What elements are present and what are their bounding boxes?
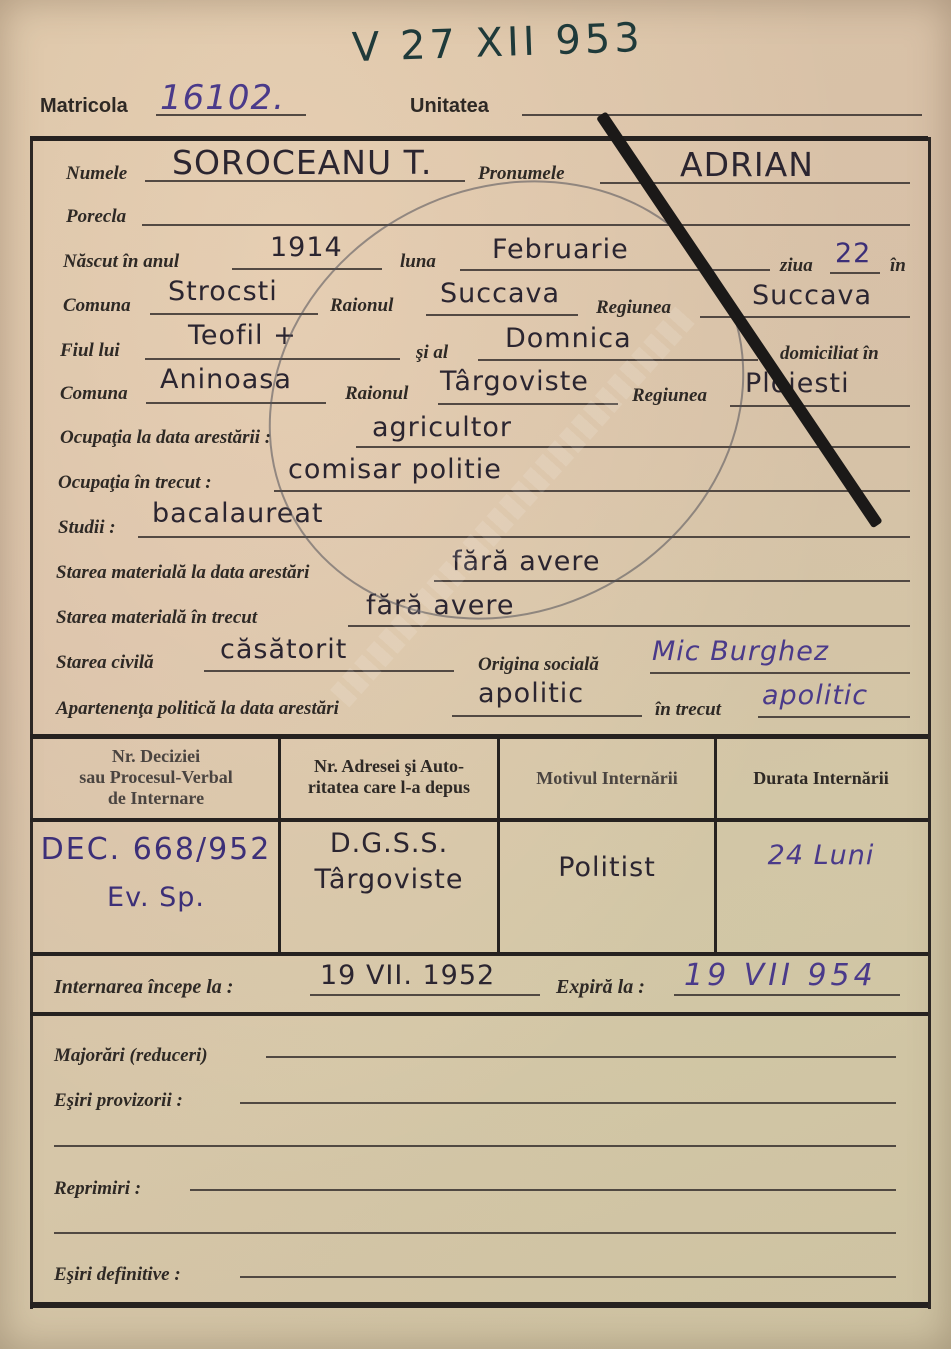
birth-year: 1914 [270, 232, 343, 263]
autoritate-line2: Târgoviste [281, 864, 497, 895]
bottom-rule [30, 1302, 928, 1308]
table-header-rule [30, 818, 928, 822]
numele-value: SOROCEANU T. [172, 143, 432, 182]
reprimiri-value [194, 1168, 884, 1188]
birth-regiunea-value: Succava [752, 280, 872, 311]
ziua-label: ziua [780, 255, 813, 277]
table-bottom-rule [30, 952, 928, 956]
apartenenta-label: Apartenenţa politică la data arestări [56, 698, 339, 720]
birth-comuna-label: Comuna [63, 295, 131, 317]
incepe-value: 19 VII. 1952 [320, 960, 495, 991]
incepe-label: Internarea începe la : [54, 976, 233, 999]
porecla-label: Porecla [66, 206, 126, 228]
matricola-label: Matricola [40, 95, 128, 118]
decizie-line2: Ev. Sp. [34, 882, 278, 913]
nascut-label: Născut în anul [63, 251, 179, 273]
ocupatia-arestare-label: Ocupaţia la data arestării : [60, 427, 271, 449]
unitatea-value [522, 94, 922, 114]
unitatea-label: Unitatea [410, 95, 489, 118]
esiri-provizorii-value [244, 1080, 884, 1100]
birth-day: 22 [835, 238, 871, 269]
autoritate-line1: D.G.S.S. [281, 828, 497, 859]
domiciliat-label: domiciliat în [780, 343, 879, 365]
table-top-rule [30, 734, 928, 739]
origina-label: Origina socială [478, 654, 599, 676]
esiri-provizorii-label: Eşiri provizorii : [54, 1090, 183, 1112]
table-header-durata: Durata Internării [717, 768, 925, 789]
ocupatia-trecut-label: Ocupaţia în trecut : [58, 472, 212, 494]
motiv-value: Politist [500, 852, 714, 883]
pronumele-value: ADRIAN [680, 145, 814, 184]
table-header-decizie: Nr. Deciziei sau Procesul-Verbal de Inte… [34, 746, 278, 809]
in-label: în [890, 255, 906, 277]
majorari-value [270, 1034, 890, 1054]
stare-trecut-label: Starea materială în trecut [56, 607, 257, 629]
stare-civila-label: Starea civilă [56, 652, 154, 674]
studii-label: Studii : [58, 517, 116, 539]
residence-comuna-label: Comuna [60, 383, 128, 405]
esiri-definitive-value [244, 1254, 884, 1274]
table-header-motiv: Motivul Internării [500, 768, 714, 789]
numele-label: Numele [66, 163, 127, 185]
table-header-autoritate: Nr. Adresei şi Auto- ritatea care l-a de… [281, 756, 497, 798]
apartenenta-trecut-value: apolitic [762, 680, 868, 711]
apartenenta-trecut-label: în trecut [655, 699, 721, 721]
decizie-line1: DEC. 668/952 [34, 832, 278, 867]
stare-civila-value: căsătorit [220, 634, 347, 665]
apartenenta-value: apolitic [478, 678, 584, 709]
fiul-lui-label: Fiul lui [60, 340, 120, 362]
reprimiri-label: Reprimiri : [54, 1178, 141, 1200]
origina-value: Mic Burghez [652, 636, 829, 667]
father-name: Teofil + [188, 320, 297, 351]
esiri-definitive-label: Eşiri definitive : [54, 1264, 181, 1286]
expira-label: Expiră la : [556, 976, 645, 999]
birth-comuna-value: Strocsti [168, 276, 278, 307]
durata-value: 24 Luni [717, 840, 925, 871]
matricola-value: 16102. [160, 78, 285, 118]
top-rule [30, 136, 928, 141]
majorari-label: Majorări (reduceri) [54, 1045, 208, 1067]
archive-annotation: V 27 XII 953 [351, 15, 644, 71]
stare-arestare-label: Starea materială la data arestări [56, 562, 309, 584]
expira-value: 19 VII 954 [684, 958, 877, 993]
